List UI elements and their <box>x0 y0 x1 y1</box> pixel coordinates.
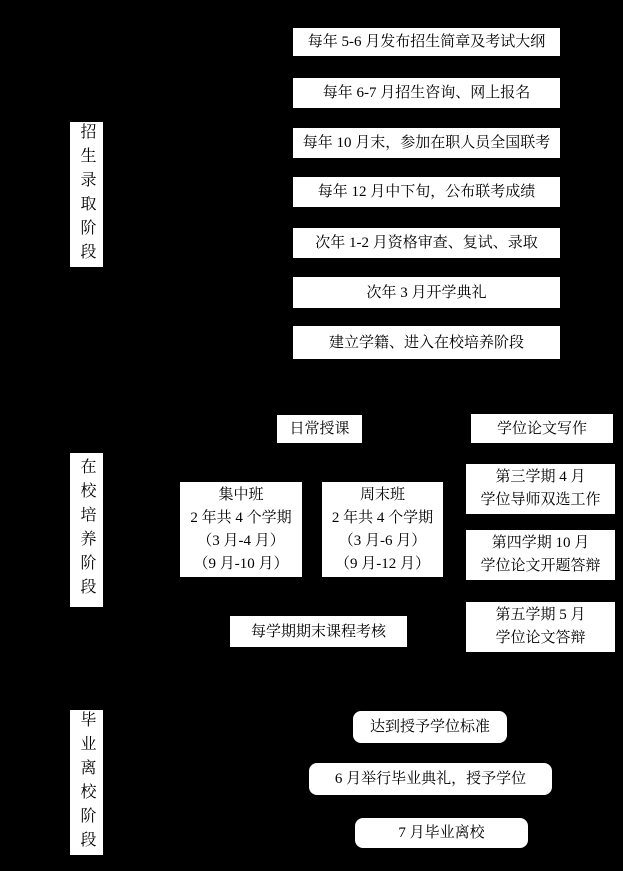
step-publish-exam-results: 每年 12 月中下旬，公布联考成绩 <box>293 177 560 207</box>
box-semester3-supervisor-selection-text: 第三学期 4 月 学位导师双选工作 <box>466 466 615 512</box>
step-degree-standard-met: 达到授予学位标准 <box>353 711 507 743</box>
box-weekend-class-schedule: 周末班 2 年共 4 个学期 （3 月-6 月） （9 月-12 月） <box>322 482 443 577</box>
box-daily-teaching: 日常授课 <box>277 415 362 443</box>
box-weekend-class-schedule-text: 周末班 2 年共 4 个学期 （3 月-6 月） （9 月-12 月） <box>322 484 443 576</box>
step-leave-school-text: 7 月毕业离校 <box>355 824 528 842</box>
stage-label-training: 在校培养阶段 <box>70 453 103 607</box>
step-degree-standard-met-text: 达到授予学位标准 <box>353 718 507 736</box>
box-semester3-supervisor-selection: 第三学期 4 月 学位导师双选工作 <box>466 464 615 514</box>
step-review-retest-admit: 次年 1-2 月资格审查、复试、录取 <box>293 228 560 258</box>
box-semester4-thesis-proposal: 第四学期 10 月 学位论文开题答辩 <box>466 530 615 580</box>
step-national-joint-exam-text: 每年 10 月末，参加在职人员全国联考 <box>293 134 560 152</box>
step-review-retest-admit-text: 次年 1-2 月资格审查、复试、录取 <box>293 234 560 252</box>
stage-label-training-text: 在校培养阶段 <box>70 458 103 602</box>
box-semester5-thesis-defense: 第五学期 5 月 学位论文答辩 <box>466 602 615 652</box>
stage-label-graduation-text: 毕业离校阶段 <box>70 711 103 855</box>
step-opening-ceremony-text: 次年 3 月开学典礼 <box>293 284 560 302</box>
step-graduation-ceremony-degree-text: 6 月举行毕业典礼，授予学位 <box>309 770 552 788</box>
step-enrollment-registration-text: 建立学籍、进入在校培养阶段 <box>293 334 560 352</box>
step-consult-online-register-text: 每年 6-7 月招生咨询、网上报名 <box>293 84 560 102</box>
box-daily-teaching-text: 日常授课 <box>277 420 362 438</box>
box-semester-final-exam-text: 每学期期末课程考核 <box>230 623 407 641</box>
step-announce-guide-and-syllabus-text: 每年 5-6 月发布招生简章及考试大纲 <box>293 33 560 51</box>
step-consult-online-register: 每年 6-7 月招生咨询、网上报名 <box>293 78 560 108</box>
box-intensive-class-schedule-text: 集中班 2 年共 4 个学期 （3 月-4 月） （9 月-10 月） <box>180 484 302 576</box>
stage-label-admission-text: 招生录取阶段 <box>70 123 103 267</box>
step-opening-ceremony: 次年 3 月开学典礼 <box>293 277 560 308</box>
stage-label-admission: 招生录取阶段 <box>70 122 103 267</box>
box-semester-final-exam: 每学期期末课程考核 <box>230 616 407 647</box>
flowchart-canvas: 招生录取阶段 在校培养阶段 毕业离校阶段 每年 5-6 月发布招生简章及考试大纲… <box>0 0 623 871</box>
step-enrollment-registration: 建立学籍、进入在校培养阶段 <box>293 326 560 359</box>
step-announce-guide-and-syllabus: 每年 5-6 月发布招生简章及考试大纲 <box>293 28 560 56</box>
box-thesis-writing-text: 学位论文写作 <box>471 420 613 438</box>
box-intensive-class-schedule: 集中班 2 年共 4 个学期 （3 月-4 月） （9 月-10 月） <box>180 482 302 577</box>
stage-label-graduation: 毕业离校阶段 <box>70 710 103 855</box>
box-thesis-writing: 学位论文写作 <box>471 414 613 443</box>
step-national-joint-exam: 每年 10 月末，参加在职人员全国联考 <box>293 128 560 158</box>
step-publish-exam-results-text: 每年 12 月中下旬，公布联考成绩 <box>293 183 560 201</box>
step-leave-school: 7 月毕业离校 <box>355 818 528 848</box>
step-graduation-ceremony-degree: 6 月举行毕业典礼，授予学位 <box>309 763 552 795</box>
box-semester4-thesis-proposal-text: 第四学期 10 月 学位论文开题答辩 <box>466 532 615 578</box>
box-semester5-thesis-defense-text: 第五学期 5 月 学位论文答辩 <box>466 604 615 650</box>
